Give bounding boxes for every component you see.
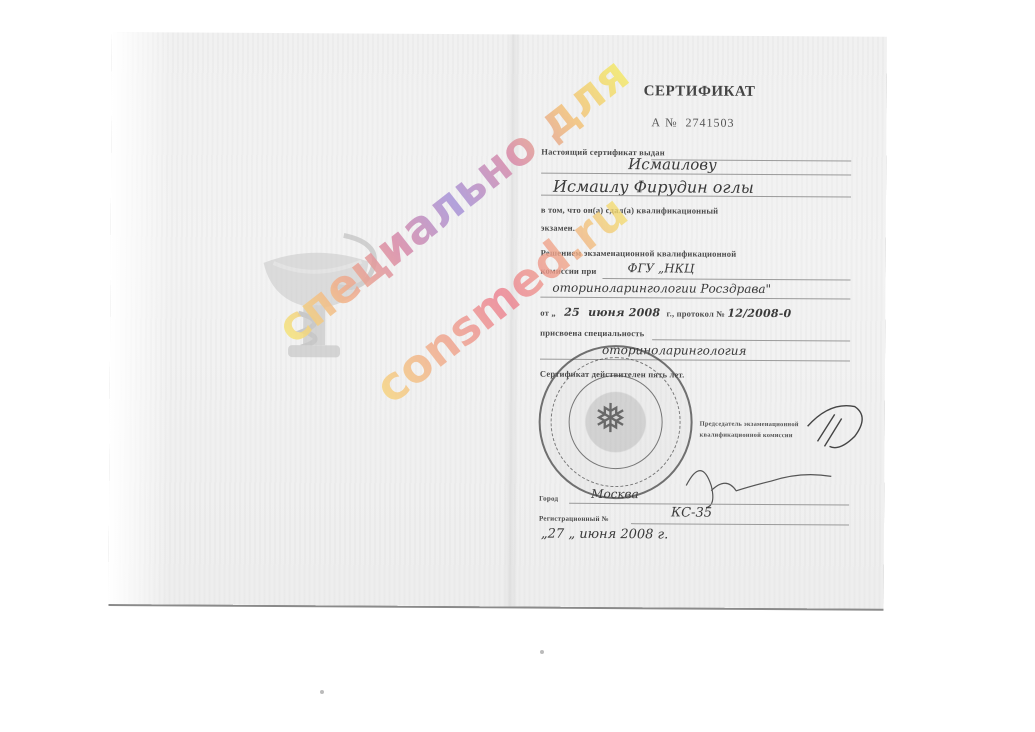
passed-text-line1: в том, что он(а) сдал(а) квалификационны… <box>541 205 853 217</box>
decision-text-line2: комиссии при <box>541 266 853 278</box>
official-seal: ❅ <box>538 345 693 500</box>
field-line <box>652 339 850 341</box>
certificate-number-value: 2741503 <box>686 116 735 130</box>
date-prefix: от „ <box>540 308 556 318</box>
field-line <box>541 173 851 176</box>
city-field: Москва <box>591 487 639 501</box>
protocol-number: 12/2008-0 <box>727 307 791 320</box>
exam-date-row: от „ 25 июня 2008 г., протокол № 12/2008… <box>540 306 852 321</box>
assigned-label: присвоена специальность <box>540 328 852 340</box>
decision-text-line1: Решением экзаменационной квалификационно… <box>541 248 853 260</box>
protocol-label: г., протокол № <box>667 308 726 318</box>
certificate-number-label: А № <box>651 115 677 129</box>
field-line <box>603 278 851 281</box>
right-page: СЕРТИФИКАТ А №2741503 Настоящий сертифик… <box>530 35 863 609</box>
left-page <box>109 32 512 606</box>
coat-of-arms-icon: ❅ <box>594 395 628 442</box>
given-names-field: Исмаилу Фирудин оглы <box>553 177 754 197</box>
exam-day: 25 <box>564 306 580 319</box>
surname-field: Исмаилову <box>628 155 717 174</box>
scan-speck <box>320 690 324 694</box>
commission-field: ФГУ „НКЦ <box>628 261 695 275</box>
certificate-number: А №2741503 <box>651 115 734 131</box>
exam-month-year: июня 2008 <box>588 306 660 319</box>
registration-number-field: КС-35 <box>671 505 712 520</box>
certificate-title: СЕРТИФИКАТ <box>644 83 756 101</box>
field-line <box>631 523 849 525</box>
field-line <box>540 297 850 300</box>
certificate-scan: СЕРТИФИКАТ А №2741503 Настоящий сертифик… <box>109 32 887 609</box>
issue-date-field: „27 „ июня 2008 г. <box>541 527 668 543</box>
passed-text-line2: экзамен. <box>541 223 853 235</box>
scan-speck <box>540 650 544 654</box>
field-line <box>541 195 851 198</box>
commission-field-2: оториноларингологии Росздрава" <box>552 281 771 296</box>
bowl-of-hygieia-icon <box>243 223 384 364</box>
